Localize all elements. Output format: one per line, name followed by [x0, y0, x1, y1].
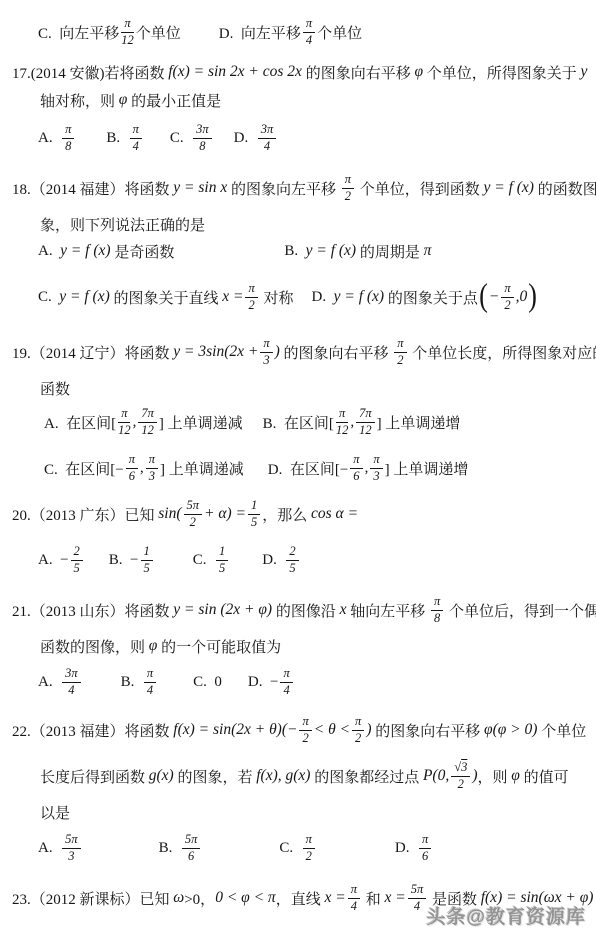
q21-stem-2: 函数的图像，则 φ 的一个可能取值为 [0, 634, 596, 658]
text-run: 个单位后，得到一个偶 [445, 600, 596, 621]
text-run: 个单位长度，所得图象对应的 [409, 342, 596, 363]
spacer [222, 682, 248, 683]
text-run: 个单位 [537, 720, 586, 741]
fraction: π2 [501, 282, 513, 311]
text-run: D. [234, 130, 256, 147]
math-run: x = [384, 889, 405, 907]
text-run: 的图象向左平移 [227, 178, 340, 199]
text-run: 以是 [40, 802, 70, 823]
text-run: A. [38, 130, 60, 147]
text-run: >0， [184, 888, 215, 909]
text-run: ，直线 [276, 888, 325, 909]
text-run: 的周期是 [356, 241, 424, 262]
text-run: B. [284, 243, 305, 260]
q17-options: A. π8B. π4C. 3π8D. 3π4 [0, 116, 596, 160]
text-run: ] 上单调递减 [159, 412, 243, 433]
spacer [244, 468, 268, 469]
document-page: C. 向左平移π12个单位D. 向左平移π4个单位17.(2014 安徽)若将函… [0, 0, 596, 935]
text-run: 轴向左平移 [346, 600, 429, 621]
q18-options-cd: C. y = f (x) 的图象关于直线 x =π2 对称D. y = f (x… [0, 270, 596, 324]
text-run: 的最小正值是 [127, 90, 221, 111]
text-run: 对称 [260, 287, 294, 308]
fraction: 25 [71, 545, 83, 574]
math-run: x = [222, 288, 243, 306]
fraction: π3 [260, 337, 272, 366]
q20-stem: 20.（2013 广东）已知 sin(5π2+ α) =15，那么 cos α … [0, 492, 596, 536]
text-run: 的图象向右平移 [371, 720, 484, 741]
fraction: π2 [394, 337, 406, 366]
text-run: A. [38, 243, 60, 260]
text-run: 17.(2014 安徽)若将函数 [12, 62, 168, 83]
math-run: f(x) = sin(2x + θ)(− [173, 721, 297, 739]
text-run: C. [193, 552, 214, 569]
q20-options: A. −25B. −15C. 15D. 25 [0, 538, 596, 582]
text-run: 个单位 [136, 22, 181, 43]
q21-stem-1: 21.（2013 山东）将函数 y = sin (2x + φ) 的图像沿 x … [0, 588, 596, 632]
math-run: φ [414, 63, 423, 81]
text-run: 象，则下列说法正确的是 [40, 214, 205, 235]
math-run: φ [149, 637, 158, 655]
fraction: 15 [216, 545, 228, 574]
fraction: π4 [348, 883, 360, 912]
math-run: φ [511, 767, 520, 785]
math-run: ,0 [516, 288, 528, 306]
text-run: D. [312, 289, 334, 306]
text-run: 函数 [40, 378, 70, 399]
q19-options-ab: A. 在区间[π12,7π12] 上单调递减B. 在区间[π12,7π12] 上… [0, 400, 596, 444]
math-run: y = f (x) [60, 242, 110, 260]
fraction: 5π4 [408, 883, 427, 912]
math-run: − [489, 288, 499, 306]
text-run: 19.（2014 辽宁）将函数 [12, 342, 173, 363]
text-run: 的图象关于点 [384, 287, 478, 308]
text-run: ] 上单调递减 [160, 458, 244, 479]
math-run: sin( [158, 505, 181, 523]
math-run: π [424, 242, 432, 260]
spacer [214, 138, 234, 139]
fraction: π6 [126, 453, 138, 482]
fraction: π12 [121, 17, 134, 46]
text-run: D. 在区间[− [268, 458, 349, 479]
fraction: √32 [451, 761, 470, 790]
math-run: y [581, 63, 588, 81]
spacer [155, 560, 193, 561]
fraction: π3 [146, 453, 158, 482]
text-run: A. [38, 674, 60, 691]
document-body: C. 向左平移π12个单位D. 向左平移π4个单位17.(2014 安徽)若将函… [0, 10, 596, 920]
spacer [158, 682, 193, 683]
text-run: 是奇函数 [111, 241, 175, 262]
text-run: 的图像沿 [272, 600, 340, 621]
math-run: y = f (x) [59, 288, 109, 306]
q17-stem-1: 17.(2014 安徽)若将函数 f(x) = sin 2x + cos 2x … [0, 60, 596, 84]
spacer [181, 32, 219, 33]
fraction: 3π8 [193, 123, 212, 152]
text-run: 个单位，得到函数 [356, 178, 484, 199]
fraction: 5π2 [184, 499, 203, 528]
fraction: 15 [141, 545, 153, 574]
q18-stem-1: 18.（2014 福建）将函数 y = sin x 的图象向左平移 π2 个单位… [0, 166, 596, 210]
text-run: 的图象向右平移 [280, 342, 393, 363]
q19-stem-1: 19.（2014 辽宁）将函数 y = 3sin(2x +π3) 的图象向右平移… [0, 330, 596, 374]
text-run: 长度后得到函数 [40, 766, 149, 787]
text-run: 的图象关于直线 [110, 287, 223, 308]
text-run: 的一个可能取值为 [157, 636, 281, 657]
text-run: D. [395, 840, 417, 857]
math-run: 0 < φ < π [215, 889, 276, 907]
fraction: π2 [342, 173, 354, 202]
fraction: 3π4 [258, 123, 277, 152]
q22-options: A. 5π3B. 5π6C. π2D. π6 [0, 826, 596, 870]
math-run: x = [324, 889, 345, 907]
spacer [174, 251, 284, 252]
fraction: 7π12 [356, 407, 375, 436]
fraction: π2 [352, 715, 364, 744]
fraction: 5π6 [182, 833, 201, 862]
spacer [294, 297, 312, 298]
fraction: π4 [144, 667, 156, 696]
prev-q-options-cd: C. 向左平移π12个单位D. 向左平移π4个单位 [0, 10, 596, 54]
text-run: A. [38, 840, 60, 857]
text-run: 的图象，若 [174, 766, 257, 787]
text-run: 的图象都经过点 [310, 766, 423, 787]
fraction: π4 [130, 123, 142, 152]
text-run: C. [170, 130, 191, 147]
q17-stem-2: 轴对称，则 φ 的最小正值是 [0, 88, 596, 112]
fraction: π8 [431, 595, 443, 624]
text-run: C. 向左平移 [38, 22, 119, 43]
text-run: ] 上单调递增 [377, 412, 461, 433]
fraction: 25 [286, 545, 298, 574]
text-run: C. 0 [193, 674, 222, 691]
spacer [317, 848, 395, 849]
math-run: f(x) = sin 2x + cos 2x [168, 63, 302, 81]
text-run: 的函数图 [534, 178, 596, 199]
text-run: A. 在区间[ [44, 412, 116, 433]
big-paren: ( [479, 282, 488, 312]
text-run: 23.（2012 新课标）已知 [12, 888, 173, 909]
fraction: 7π12 [138, 407, 157, 436]
text-run: 函数的图像，则 [40, 636, 149, 657]
spacer [144, 138, 170, 139]
text-run: 20.（2013 广东）已知 [12, 504, 158, 525]
q22-stem-1: 22.（2013 福建）将函数 f(x) = sin(2x + θ)(−π2< … [0, 708, 596, 752]
text-run: D. 向左平移 [219, 22, 301, 43]
fraction: π4 [280, 667, 292, 696]
text-run: D. [262, 552, 284, 569]
text-run: D. − [248, 674, 279, 691]
math-run: y = 3sin(2x + [173, 343, 258, 361]
spacer [83, 848, 159, 849]
math-run: y = f (x) [306, 242, 356, 260]
q19-options-cd: C. 在区间[−π6,π3] 上单调递减D. 在区间[−π6,π3] 上单调递增 [0, 446, 596, 490]
text-run: , [365, 460, 369, 477]
fraction: 3π4 [62, 667, 81, 696]
text-run: B. 在区间[ [263, 412, 334, 433]
fraction: 5π3 [62, 833, 81, 862]
q22-stem-3: 以是 [0, 800, 596, 824]
text-run: , [133, 414, 137, 431]
text-run: , [140, 460, 144, 477]
text-run: C. [38, 289, 59, 306]
math-run: P(0, [423, 767, 449, 785]
text-run: 21.（2013 山东）将函数 [12, 600, 173, 621]
q18-options-ab: A. y = f (x) 是奇函数B. y = f (x) 的周期是 π [0, 238, 596, 264]
math-run: y = sin (2x + φ) [173, 601, 272, 619]
text-run: C. [279, 840, 300, 857]
text-run: B. [106, 130, 127, 147]
spacer [85, 560, 109, 561]
spacer [202, 848, 279, 849]
math-run: + α) = [204, 505, 246, 523]
watermark: 头条@教育资源库 [426, 902, 586, 929]
math-run: g(x) [149, 767, 174, 785]
math-run: < θ < [314, 721, 350, 739]
math-run: x [340, 601, 347, 619]
q18-stem-2: 象，则下列说法正确的是 [0, 212, 596, 236]
math-run: y = sin x [173, 179, 227, 197]
fraction: π12 [336, 407, 349, 436]
text-run: 和 [362, 888, 385, 909]
fraction: π2 [245, 282, 257, 311]
q19-stem-2: 函数 [0, 376, 596, 400]
text-run: 18.（2014 福建）将函数 [12, 178, 173, 199]
text-run: B. [121, 674, 142, 691]
text-run: , [350, 414, 354, 431]
text-run: 22.（2013 福建）将函数 [12, 720, 173, 741]
math-run: φ [119, 91, 128, 109]
fraction: π4 [303, 17, 315, 46]
fraction: π6 [350, 453, 362, 482]
math-run: y = f (x) [484, 179, 534, 197]
text-run: 个单位 [317, 22, 362, 43]
spacer [83, 682, 121, 683]
text-run: B. [159, 840, 180, 857]
text-run: 的值可 [520, 766, 569, 787]
text-run: B. − [109, 552, 139, 569]
big-paren: ) [528, 282, 537, 312]
spacer [230, 560, 262, 561]
text-run: ] 上单调递增 [385, 458, 469, 479]
fraction: π2 [299, 715, 311, 744]
math-run: cos α = [311, 505, 358, 523]
fraction: 15 [248, 499, 260, 528]
fraction: π2 [303, 833, 315, 862]
math-run: φ(φ > 0) [484, 721, 537, 739]
text-run: 的图象向右平移 [302, 62, 415, 83]
text-run: A. − [38, 552, 69, 569]
text-run: 个单位，所得图象关于 [423, 62, 581, 83]
text-run: 轴对称，则 [40, 90, 119, 111]
spacer [76, 138, 106, 139]
q21-options: A. 3π4B. π4C. 0D. −π4 [0, 660, 596, 704]
text-run: ，则 [478, 766, 512, 787]
text-run: ，那么 [262, 504, 311, 525]
q22-stem-2: 长度后得到函数 g(x) 的图象，若 f(x), g(x) 的图象都经过点 P(… [0, 754, 596, 798]
math-run: ω [173, 889, 184, 907]
math-run: f(x), g(x) [256, 767, 310, 785]
math-run: y = f (x) [334, 288, 384, 306]
fraction: π12 [118, 407, 131, 436]
text-run: C. 在区间[− [44, 458, 124, 479]
fraction: π8 [62, 123, 74, 152]
fraction: π6 [419, 833, 431, 862]
spacer [243, 422, 263, 423]
fraction: π3 [370, 453, 382, 482]
